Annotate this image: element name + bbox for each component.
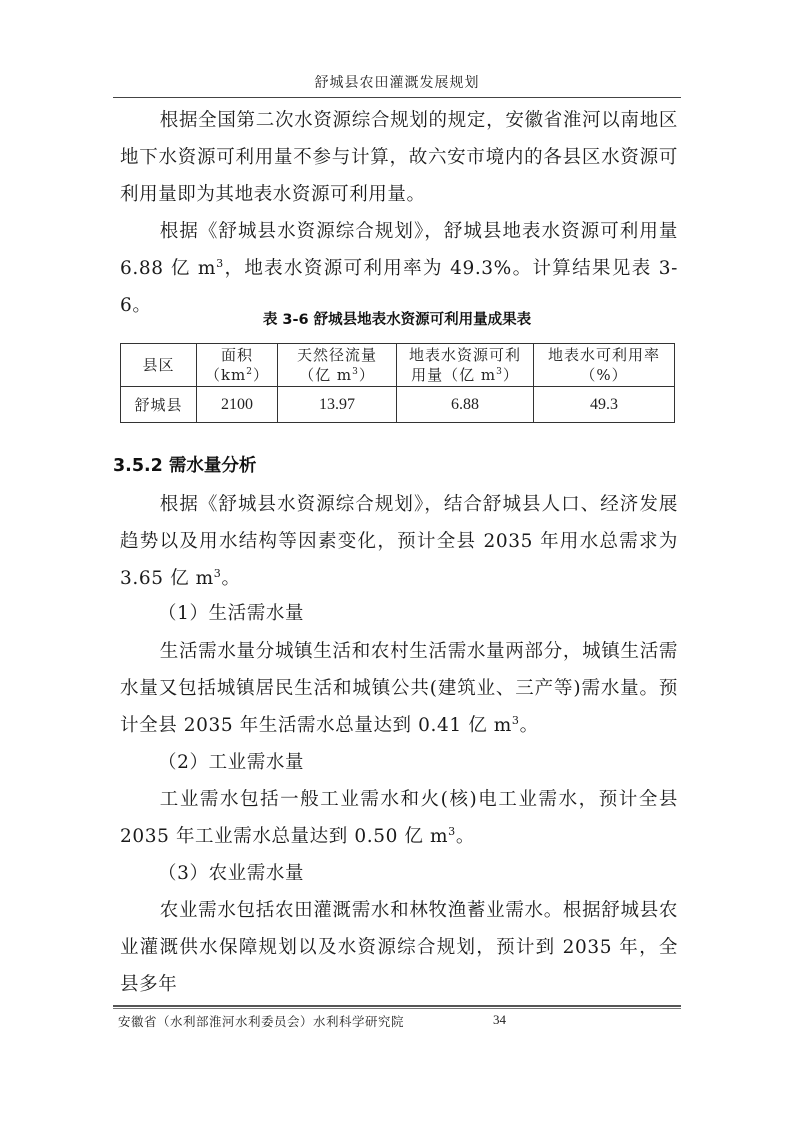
subheading-domestic-demand: （1）生活需水量: [158, 595, 304, 632]
subheading-industrial-demand: （2）工业需水量: [158, 744, 304, 781]
table-row: 舒城县 2100 13.97 6.88 49.3: [121, 387, 675, 423]
cell-available: 6.88: [397, 387, 534, 423]
surface-water-table: 县区 面积 （km2） 天然径流量 （亿 m3） 地表水资源可利 用量（亿 m3…: [120, 343, 675, 423]
cell-county: 舒城县: [121, 387, 197, 423]
cell-area: 2100: [197, 387, 278, 423]
subheading-agricultural-demand: （3）农业需水量: [158, 855, 304, 892]
footer-rule: [113, 1005, 681, 1009]
page-header-title: 舒城县农田灌溉发展规划: [113, 72, 681, 92]
paragraph-demand-intro: 根据《舒城县水资源综合规划》，结合舒城县人口、经济发展趋势以及用水结构等因素变化…: [120, 486, 678, 597]
header-natural-runoff: 天然径流量 （亿 m3）: [278, 344, 397, 387]
superscript: 3: [448, 825, 456, 838]
paragraph-agricultural-demand: 农业需水包括农田灌溉需水和林牧渔蓄业需水。根据舒城县农业灌溉供水保障规划以及水资…: [120, 892, 678, 1003]
header-area: 面积 （km2）: [197, 344, 278, 387]
header-rule: [113, 97, 681, 98]
paragraph-domestic-demand: 生活需水量分城镇生活和农村生活需水量两部分，城镇生活需水量又包括城镇居民生活和城…: [120, 633, 678, 744]
section-heading: 3.5.2 需水量分析: [113, 452, 256, 477]
table-header-row: 县区 面积 （km2） 天然径流量 （亿 m3） 地表水资源可利 用量（亿 m3…: [121, 344, 675, 387]
paragraph-industrial-demand: 工业需水包括一般工业需水和火(核)电工业需水，预计全县 2035 年工业需水总量…: [120, 781, 678, 855]
header-available-amount: 地表水资源可利 用量（亿 m3）: [397, 344, 534, 387]
table-caption: 表 3-6 舒城县地表水资源可利用量成果表: [113, 308, 681, 329]
page-number: 34: [493, 1012, 506, 1028]
paragraph-groundwater-note: 根据全国第二次水资源综合规划的规定，安徽省淮河以南地区地下水资源可利用量不参与计…: [120, 102, 678, 213]
superscript: 3: [512, 714, 520, 727]
footer-organization: 安徽省（水利部淮河水利委员会）水利科学研究院: [118, 1012, 404, 1030]
header-county: 县区: [121, 344, 197, 387]
cell-rate: 49.3: [534, 387, 675, 423]
cell-runoff: 13.97: [278, 387, 397, 423]
superscript: 3: [216, 257, 224, 270]
header-utilization-rate: 地表水可利用率 （%）: [534, 344, 675, 387]
